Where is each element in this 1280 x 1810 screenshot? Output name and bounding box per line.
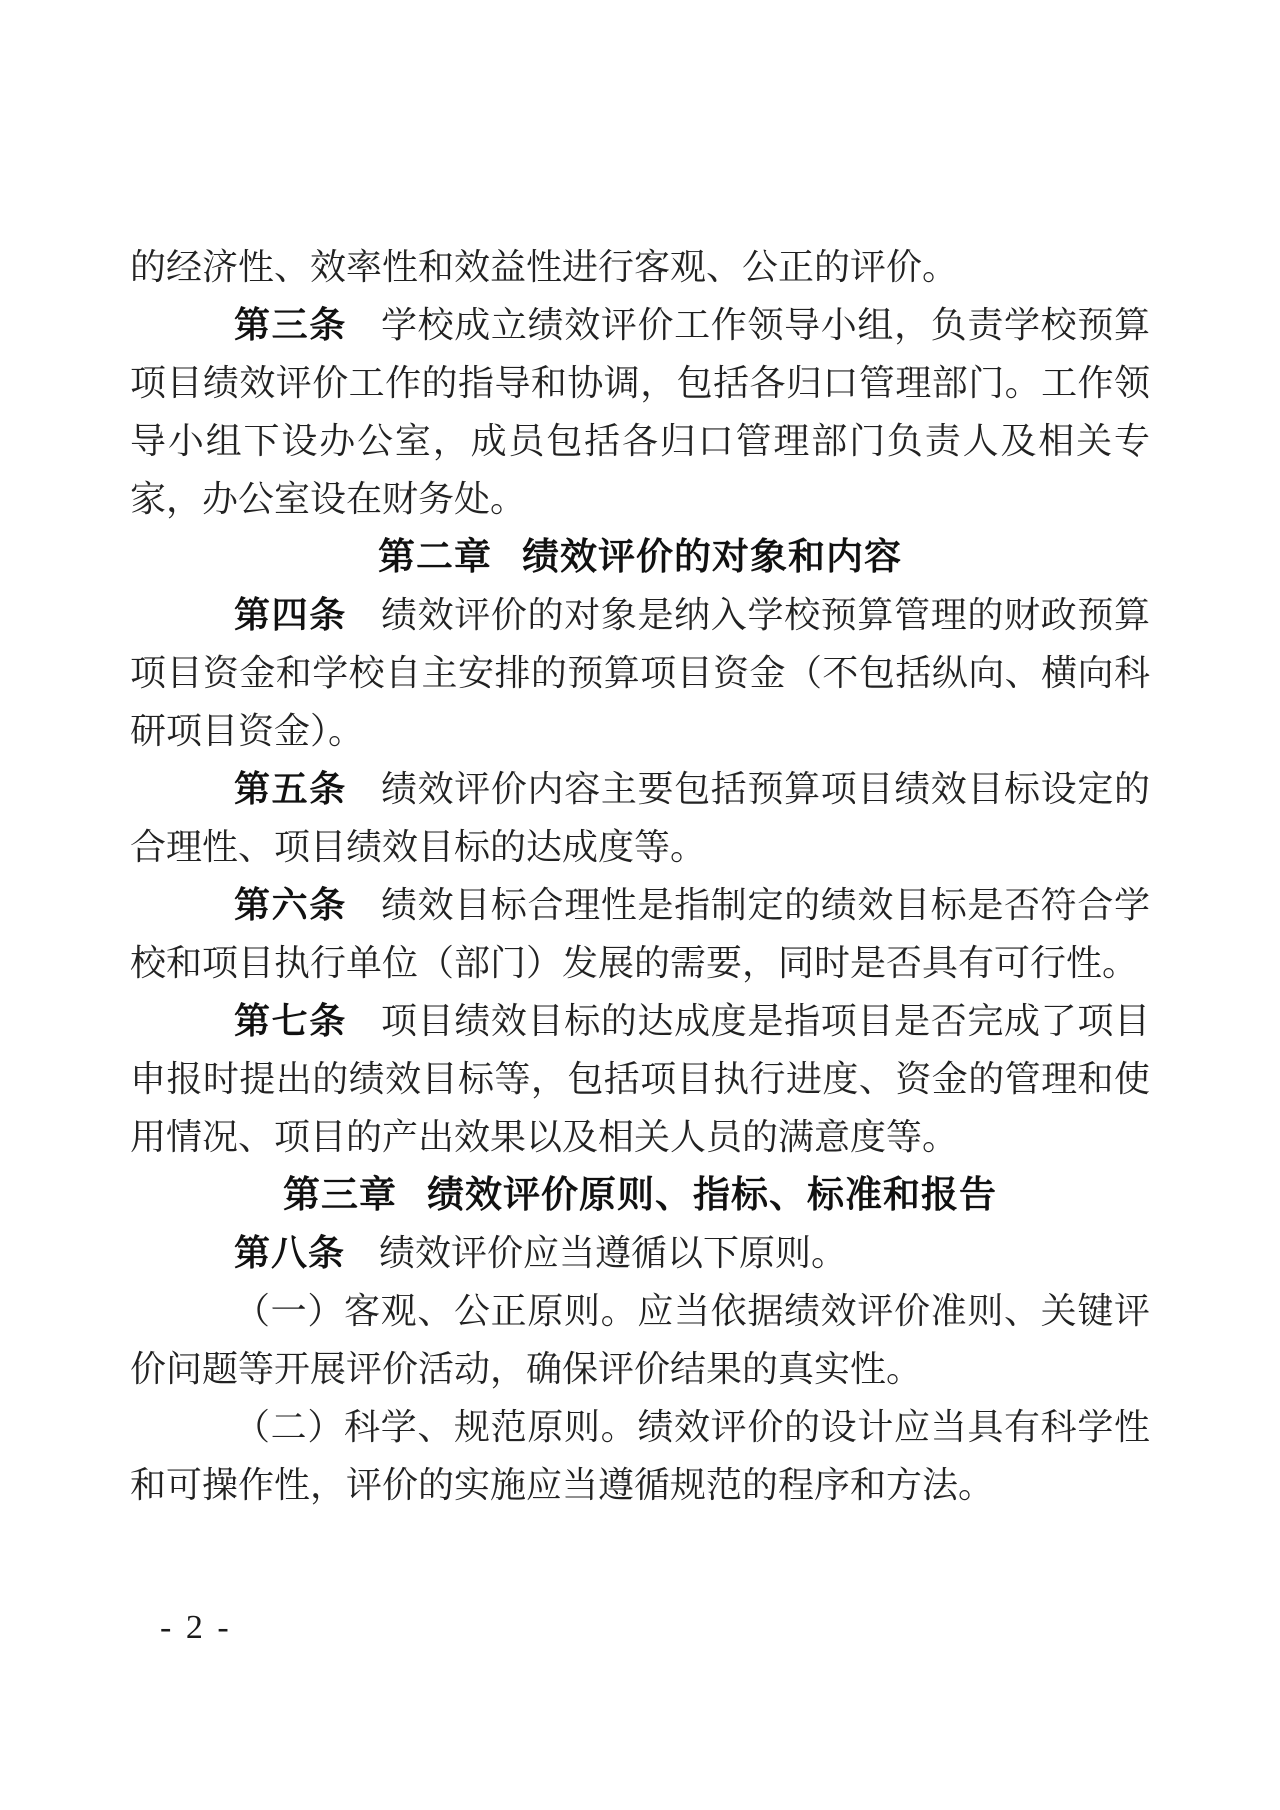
paragraph-article-8: 第八条绩效评价应当遵循以下原则。 <box>130 1224 1150 1282</box>
item-2-text: （二）科学、规范原则。绩效评价的设计应当具有科学性和可操作性，评价的实施应当遵循… <box>130 1407 1150 1505</box>
chapter-3-label: 第三章 <box>283 1174 397 1215</box>
article-6-label: 第六条 <box>234 884 347 925</box>
paragraph-article-4: 第四条绩效评价的对象是纳入学校预算管理的财政预算项目资金和学校自主安排的预算项目… <box>130 586 1150 760</box>
chapter-heading-3: 第三章绩效评价原则、指标、标准和报告 <box>130 1166 1150 1224</box>
chapter-heading-2: 第二章绩效评价的对象和内容 <box>130 528 1150 586</box>
paragraph-article-6: 第六条绩效目标合理性是指制定的绩效目标是否符合学校和项目执行单位（部门）发展的需… <box>130 876 1150 992</box>
page-number: - 2 - <box>160 1606 232 1650</box>
article-4-label: 第四条 <box>234 594 347 635</box>
document-body: 的经济性、效率性和效益性进行客观、公正的评价。 第三条学校成立绩效评价工作领导小… <box>130 238 1150 1514</box>
article-8-label: 第八条 <box>234 1232 345 1273</box>
article-5-label: 第五条 <box>234 768 347 809</box>
paragraph-article-3: 第三条学校成立绩效评价工作领导小组，负责学校预算项目绩效评价工作的指导和协调，包… <box>130 296 1150 528</box>
paragraph-article-7: 第七条项目绩效目标的达成度是指项目是否完成了项目申报时提出的绩效目标等，包括项目… <box>130 992 1150 1166</box>
article-3-label: 第三条 <box>234 304 347 345</box>
chapter-2-title: 绩效评价的对象和内容 <box>522 536 902 577</box>
item-1-text: （一）客观、公正原则。应当依据绩效评价准则、关键评价问题等开展评价活动，确保评价… <box>130 1291 1150 1389</box>
paragraph-text: 的经济性、效率性和效益性进行客观、公正的评价。 <box>130 247 958 287</box>
article-8-text: 绩效评价应当遵循以下原则。 <box>379 1233 847 1273</box>
document-page: 的经济性、效率性和效益性进行客观、公正的评价。 第三条学校成立绩效评价工作领导小… <box>0 0 1280 1810</box>
paragraph-continuation: 的经济性、效率性和效益性进行客观、公正的评价。 <box>130 238 1150 296</box>
paragraph-article-5: 第五条绩效评价内容主要包括预算项目绩效目标设定的合理性、项目绩效目标的达成度等。 <box>130 760 1150 876</box>
article-7-label: 第七条 <box>234 1000 347 1041</box>
chapter-3-title: 绩效评价原则、指标、标准和报告 <box>427 1174 997 1215</box>
paragraph-item-1: （一）客观、公正原则。应当依据绩效评价准则、关键评价问题等开展评价活动，确保评价… <box>130 1282 1150 1398</box>
chapter-2-label: 第二章 <box>378 536 492 577</box>
paragraph-item-2: （二）科学、规范原则。绩效评价的设计应当具有科学性和可操作性，评价的实施应当遵循… <box>130 1398 1150 1514</box>
